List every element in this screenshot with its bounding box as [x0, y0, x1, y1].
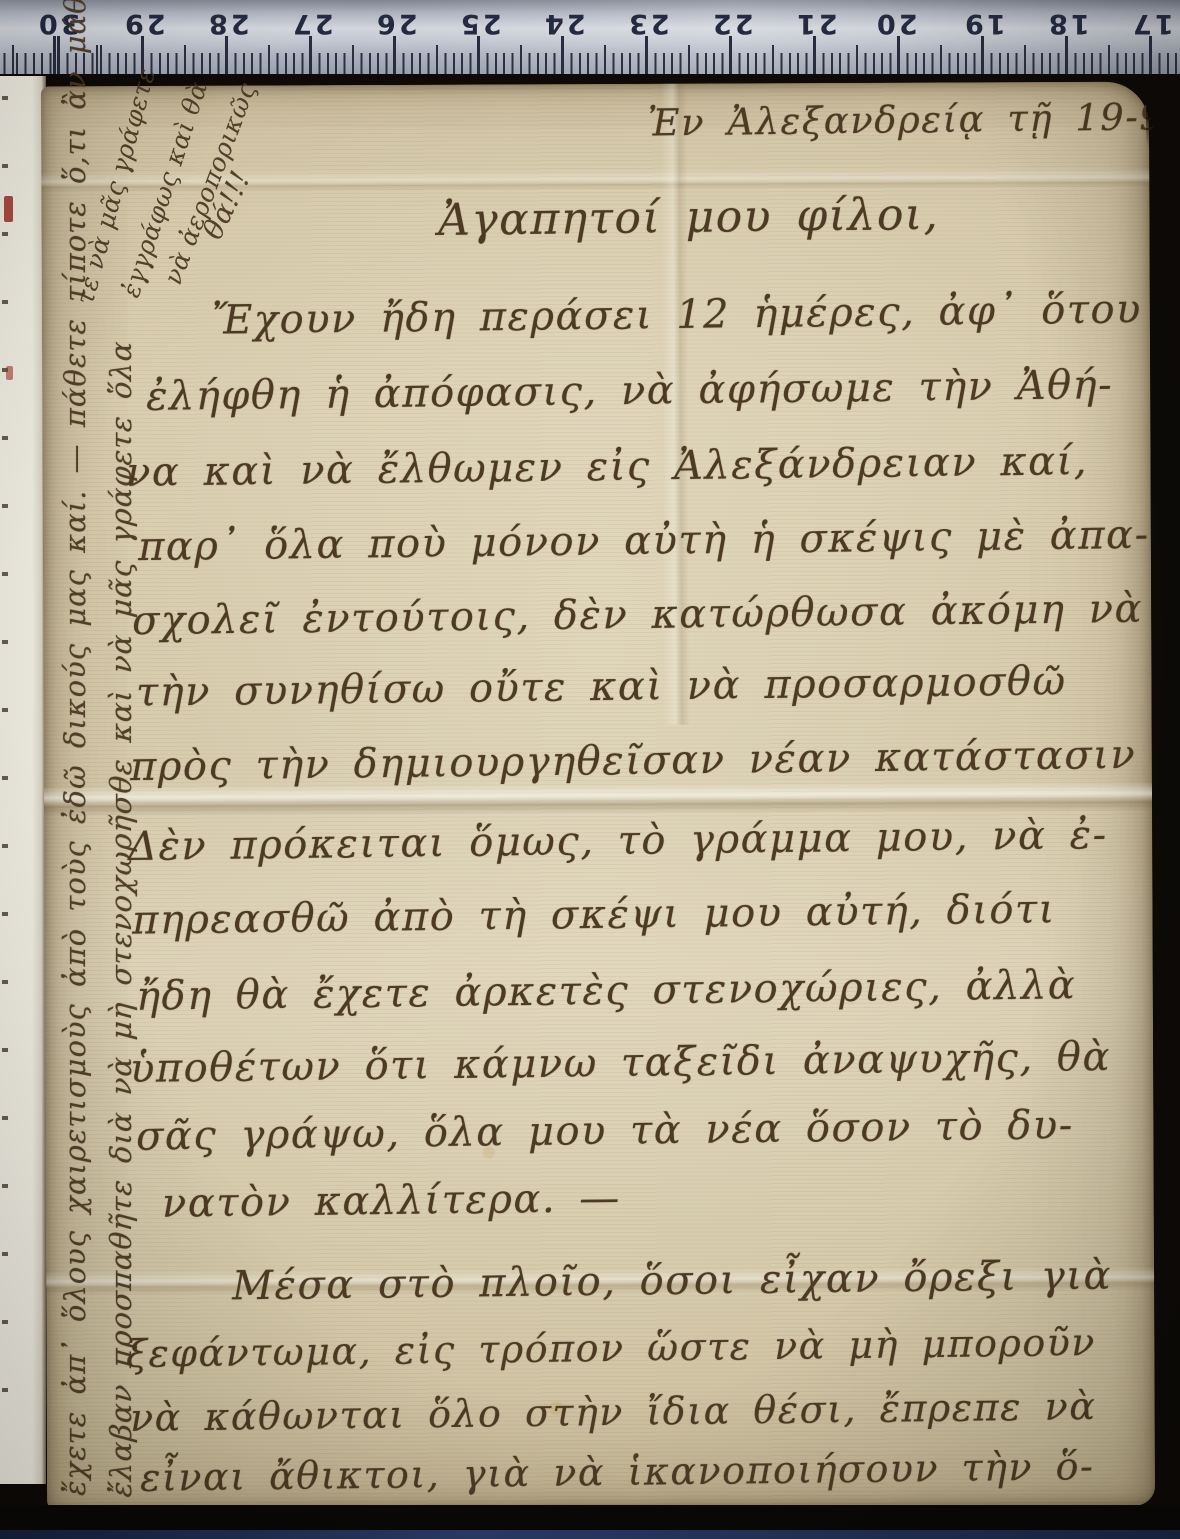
body-line-14: Μέσα στὸ πλοῖο, ὅσοι εἶχαν ὄρεξι γιὰ — [232, 1253, 1112, 1310]
body-line-2: ἐλήφθη ἡ ἀπόφασις, νὰ ἀφήσωμε τὴν Ἀθή- — [146, 362, 1114, 420]
margin-line-inner: ἔλαβαν προσπαθῆτε διὰ νὰ μὴ στενοχωρῆσθε… — [104, 339, 138, 1498]
body-line-7: πρὸς τὴν δημιουργηθεῖσαν νέαν κατάστασιν — [130, 732, 1137, 790]
body-line-17: εἶναι ἄθικτοι, γιὰ νὰ ἱκανοποιήσουν τὴν … — [140, 1444, 1095, 1500]
photo-of-letter: 30 29 28 27 26 25 24 23 22 21 20 19 18 1… — [0, 0, 1180, 1539]
salutation: Ἀγαπητοί μου φίλοι, — [438, 189, 940, 246]
body-line-1: Ἔχουν ἤδη περάσει 12 ἡμέρες, ἀφ᾽ ὅτου — [212, 286, 1142, 343]
body-line-16: νὰ κάθωνται ὅλο στὴν ἴδια θέσι, ἔπρεπε ν… — [130, 1384, 1097, 1440]
margin-line-outer: ἔχετε ἀπ᾽ ὅλους χαιρετισμοὺς ἀπὸ τοὺς ἐδ… — [58, 0, 92, 1496]
body-line-8: Δὲν πρόκειται ὅμως, τὸ γράμμα μου, νὰ ἐ- — [128, 812, 1108, 870]
body-line-3: να καὶ νὰ ἔλθωμεν εἰς Ἀλεξάνδρειαν καί, — [126, 438, 1088, 496]
body-line-10: ἤδη θὰ ἔχετε ἀρκετὲς στενοχώριες, ἀλλὰ — [136, 962, 1077, 1019]
body-line-9: πηρεασθῶ ἀπὸ τὴ σκέψι μου αὐτή, διότι — [132, 886, 1056, 943]
body-line-12: σᾶς γράψω, ὅλα μου τὰ νέα ὅσον τὸ δυ- — [136, 1102, 1074, 1159]
body-line-11: ὑποθέτων ὅτι κάμνω ταξεῖδι ἀναψυχῆς, θὰ — [130, 1034, 1111, 1092]
body-line-5: σχολεῖ ἐντούτοις, δὲν κατώρθωσα ἀκόμη νὰ — [132, 586, 1144, 644]
dateline: Ἐν Ἀλεξανδρείᾳ τῇ 19-9-39 — [648, 94, 1180, 144]
blue-bottom-edge — [0, 1530, 1180, 1539]
body-line-4: παρ᾽ ὅλα ποὺ μόνον αὐτὴ ἡ σκέψις μὲ ἀπα- — [138, 512, 1150, 570]
handwriting-layer: Ἐν Ἀλεξανδρείᾳ τῇ 19-9-39 Ἀγαπητοί μου φ… — [0, 0, 1180, 1539]
body-line-13: νατὸν καλλίτερα. — — [162, 1175, 621, 1227]
dark-corner-top-right — [1146, 76, 1180, 196]
body-line-6: τὴν συνηθίσω οὔτε καὶ νὰ προσαρμοσθῶ — [136, 658, 1067, 715]
body-line-15: ξεφάντωμα, εἰς τρόπον ὥστε νὰ μὴ μποροῦν — [126, 1320, 1096, 1376]
